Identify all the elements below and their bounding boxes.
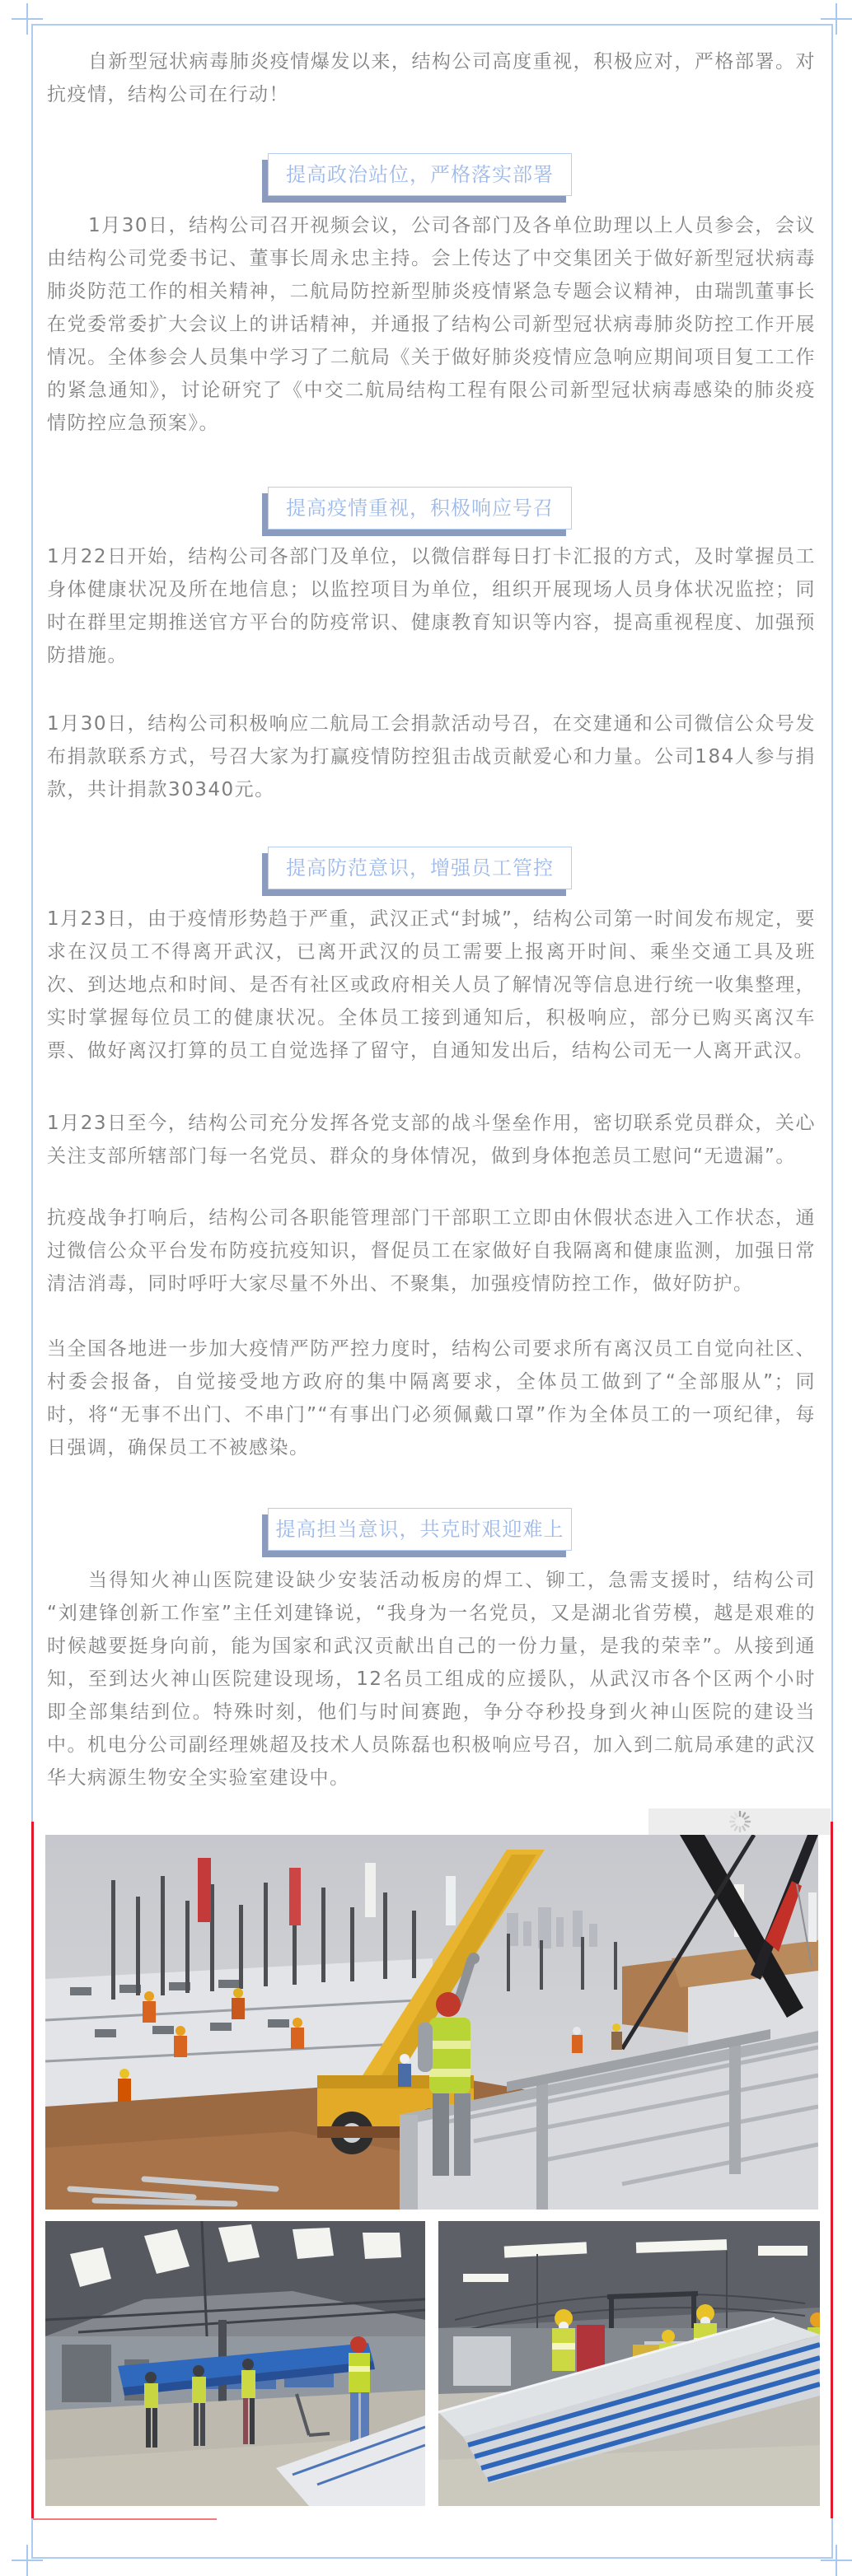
paragraph: 当得知火神山医院建设缺少安装活动板房的焊工、铆工，急需支援时，结构公司“刘建锋创… [47,1564,816,1794]
loading-spinner-icon [728,1809,752,1834]
paragraph: 当全国各地进一步加大疫情严防严控力度时，结构公司要求所有离汉员工自觉向社区、村委… [47,1332,816,1464]
paragraph: 抗疫战争打响后，结构公司各职能管理部门干部职工立即由休假状态进入工作状态，通过微… [47,1202,816,1300]
gallery-frame-bottom-partial [33,2518,217,2520]
image-loading-placeholder [648,1808,831,1835]
factory-panel-stack-photo[interactable] [438,2221,820,2506]
section-title-4: 提高担当意识，共克时艰迎难上 [268,1508,572,1551]
crop-mark-icon [26,2545,28,2576]
gallery-frame-left [31,1822,34,2518]
article-page: 自新型冠状病毒肺炎疫情爆发以来，结构公司高度重视，积极应对，严格部署。对抗疫情，… [0,0,852,2576]
construction-site-illustration [45,1835,818,2210]
paragraph: 1月23日，由于疫情形势趋于严重，武汉正式“封城”，结构公司第一时间发布规定，要… [47,903,816,1067]
gallery-frame-right [831,1822,833,2518]
section-title-3: 提高防范意识，增强员工管控 [268,847,572,889]
section-title-2: 提高疫情重视，积极响应号召 [268,487,572,530]
factory-illustration [438,2221,820,2506]
intro-paragraph: 自新型冠状病毒肺炎疫情爆发以来，结构公司高度重视，积极应对，严格部署。对抗疫情，… [47,45,816,111]
factory-illustration [45,2221,425,2506]
crop-mark-icon [26,3,28,35]
paragraph: 1月30日，结构公司积极响应二航局工会捐款活动号召，在交建通和公司微信公众号发布… [47,707,816,806]
paragraph: 1月30日，结构公司召开视频会议，公司各部门及各单位助理以上人员参会，会议由结构… [47,209,816,440]
section-title-1: 提高政治站位，严格落实部署 [268,153,572,196]
paragraph: 1月22日开始，结构公司各部门及单位，以微信群每日打卡汇报的方式，及时掌握员工身… [47,540,816,672]
crop-mark-icon [836,3,837,35]
paragraph: 1月23日至今，结构公司充分发挥各党支部的战斗堡垒作用，密切联系党员群众，关心关… [47,1107,816,1173]
crop-mark-icon [836,2545,837,2576]
factory-panel-carry-photo[interactable] [45,2221,425,2506]
construction-site-photo[interactable] [45,1835,818,2210]
